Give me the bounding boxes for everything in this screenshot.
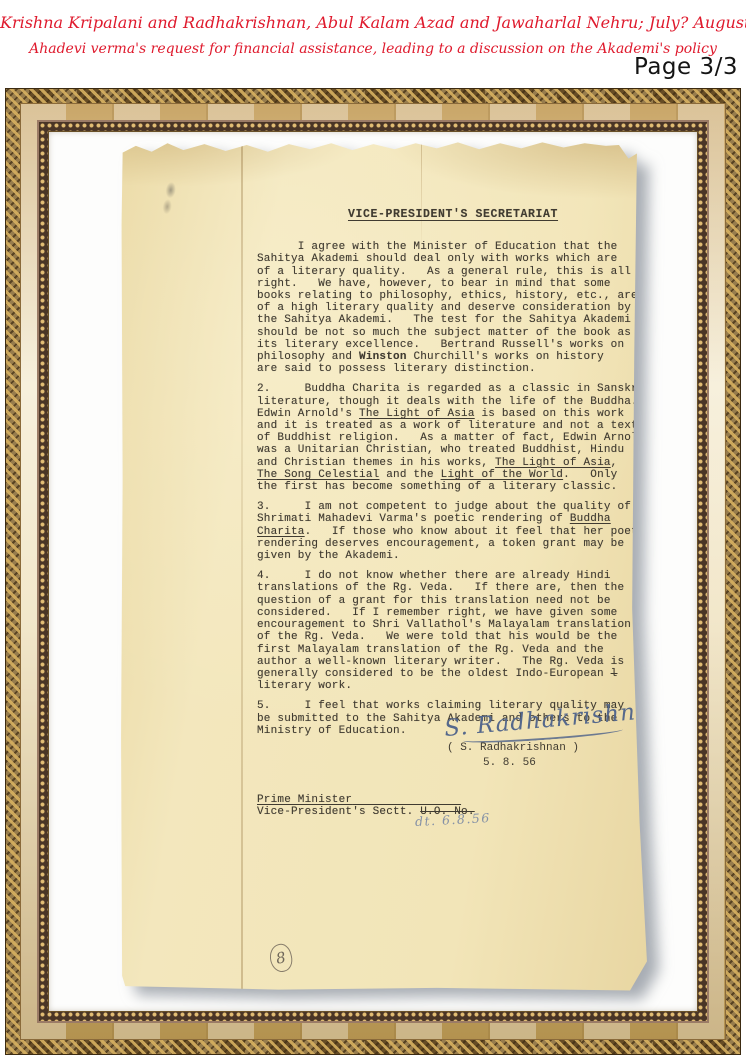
paper-fold-line: [241, 139, 243, 993]
circled-page-number: 8: [267, 942, 295, 974]
letter-paragraphs: I agree with the Minister of Education t…: [257, 241, 649, 737]
signature-typed-name: ( S. Radhakrishnan ): [447, 742, 675, 755]
frame-matte: VICE-PRESIDENT'S SECRETARIAT I agree wit…: [48, 131, 698, 1012]
catalog-caption-line1: Krishna Kripalani and Radhakrishnan, Abu…: [0, 13, 746, 32]
letter-body: VICE-PRESIDENT'S SECRETARIAT I agree wit…: [257, 209, 649, 745]
letter-paragraph: I agree with the Minister of Education t…: [257, 241, 649, 375]
catalog-header: Krishna Kripalani and Radhakrishnan, Abu…: [0, 0, 746, 88]
letter-paragraph: 4. I do not know whether there are alrea…: [257, 570, 649, 692]
picture-frame-beaded-band: VICE-PRESIDENT'S SECRETARIAT I agree wit…: [37, 120, 709, 1023]
signature-date: 5. 8. 56: [483, 757, 675, 770]
letter-paper: VICE-PRESIDENT'S SECRETARIAT I agree wit…: [120, 139, 648, 993]
picture-frame-inner-band: VICE-PRESIDENT'S SECRETARIAT I agree wit…: [20, 103, 726, 1040]
paper-tear-mark: [160, 180, 180, 218]
letter-title: VICE-PRESIDENT'S SECRETARIAT: [257, 209, 649, 221]
handwritten-date-note: dt. 6.8.56: [415, 810, 491, 829]
circled-page-number-text: 8: [275, 948, 288, 967]
signature-block: S. Radhakrishnan ( S. Radhakrishnan ) 5.…: [445, 723, 675, 770]
page-indicator: Page 3/3: [634, 54, 738, 80]
picture-frame-outer: VICE-PRESIDENT'S SECRETARIAT I agree wit…: [5, 88, 741, 1055]
scanned-letter-page: VICE-PRESIDENT'S SECRETARIAT I agree wit…: [120, 139, 648, 993]
letter-paragraph: 2. Buddha Charita is regarded as a class…: [257, 383, 649, 493]
letter-paragraph: 3. I am not competent to judge about the…: [257, 501, 649, 562]
